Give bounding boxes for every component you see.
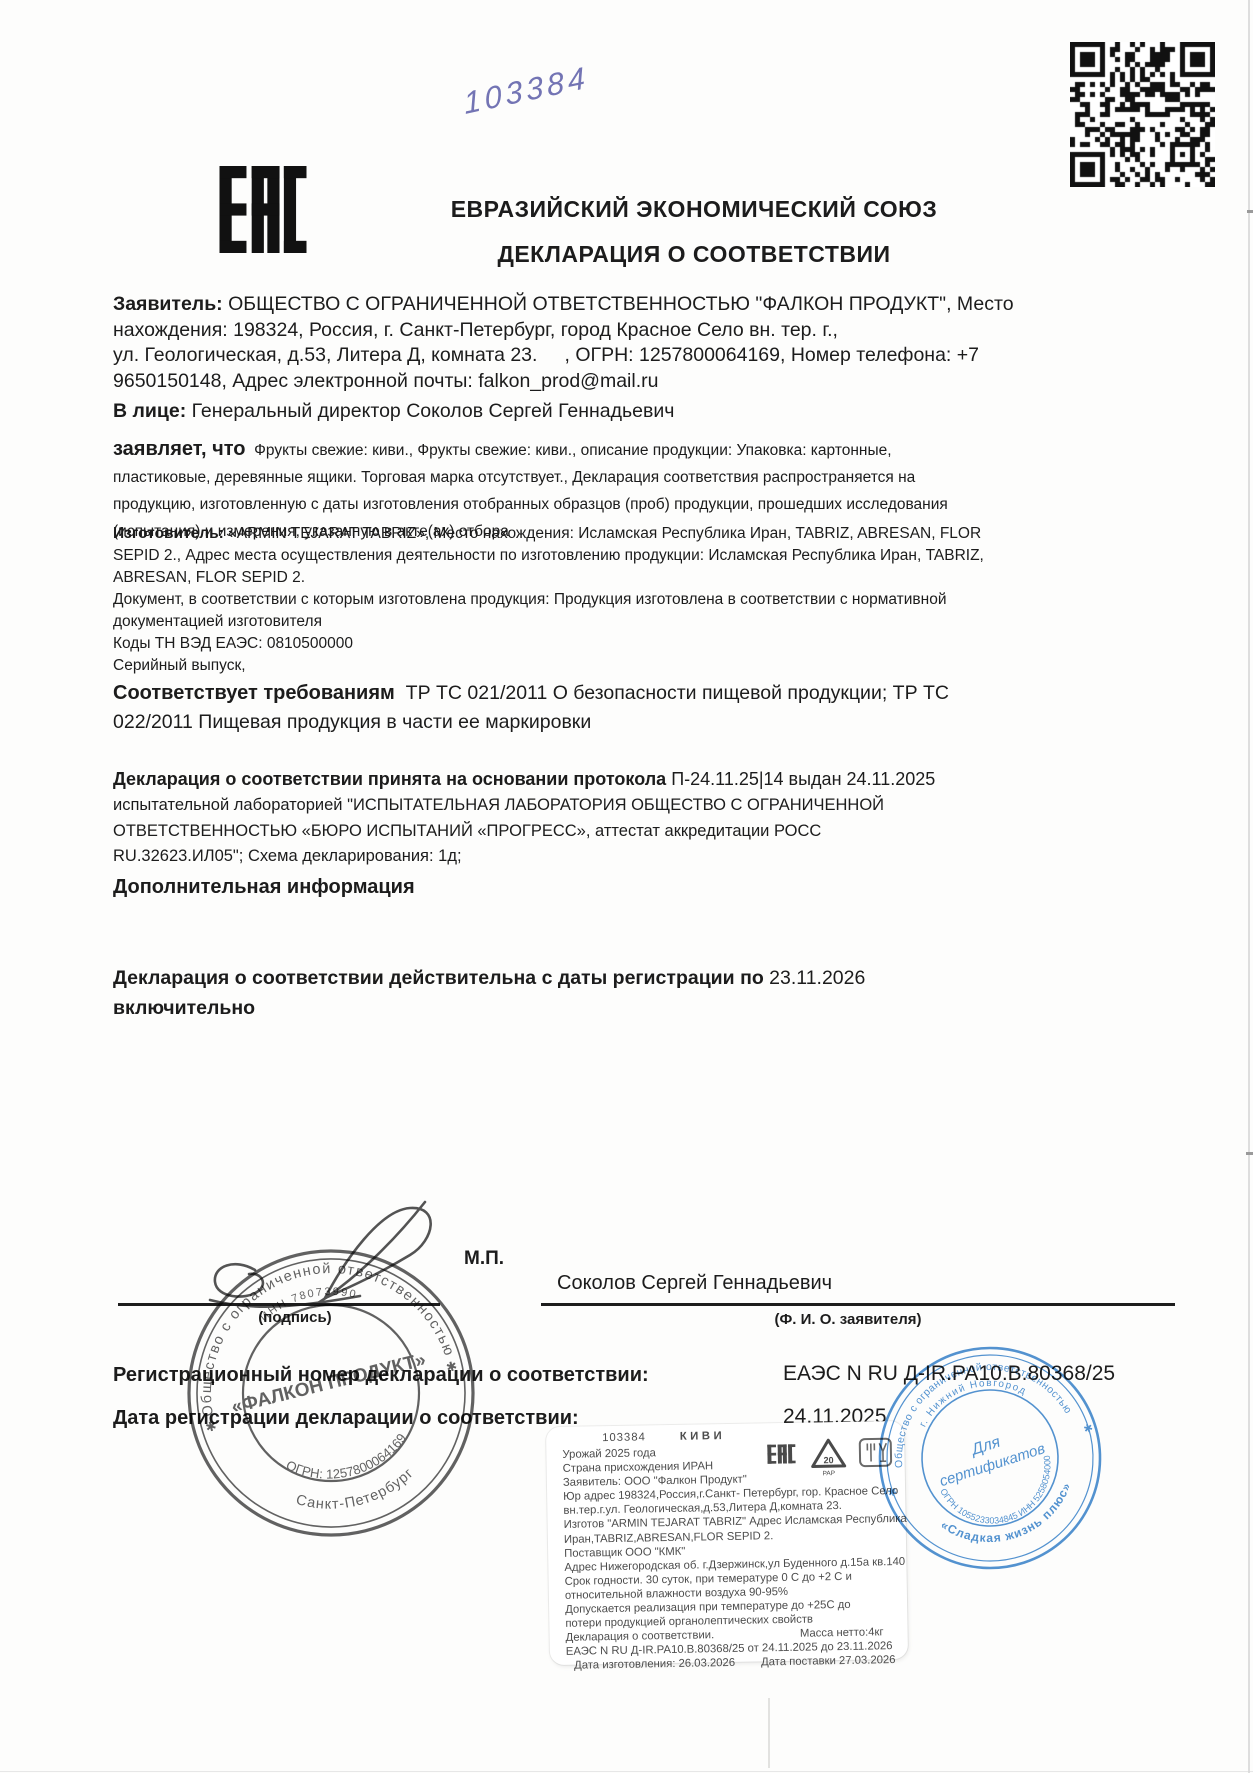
applicant-line: 9650150148, Адрес электронной почты: fal… (113, 369, 1014, 395)
manufacturer-paragraph: Изготовитель: «ARMIN TEJARAT TABRIZ», Ме… (113, 523, 984, 677)
svg-text:20: 20 (823, 1455, 833, 1465)
fio-caption: (Ф. И. О. заявителя) (628, 1311, 1068, 1328)
product-label-sticker: 103384 КИВИ Урожай 2025 года Страна прис… (546, 1421, 908, 1665)
applicant-label: Заявитель: (113, 293, 223, 315)
scan-edge-bottom (0, 1771, 1253, 1772)
declares-line: продукцию, изготовленную с даты изготовл… (113, 491, 948, 518)
eac-mark-icon (760, 1440, 802, 1469)
applicant-line: ОБЩЕСТВО С ОГРАНИЧЕННОЙ ОТВЕТСТВЕННОСТЬЮ… (223, 293, 1014, 315)
validity-suffix: включительно (113, 993, 865, 1023)
signer-name: Соколов Сергей Геннадьевич (557, 1272, 832, 1295)
applicant-line: ул. Геологическая, д.53, Литера Д, комна… (113, 343, 1014, 369)
handwritten-number: 103384 (462, 60, 590, 122)
declares-line: пластиковые, деревянные ящики. Торговая … (113, 464, 948, 491)
validity-date: 23.11.2026 (764, 967, 866, 989)
in-person-row: В лице: Генеральный директор Соколов Сер… (113, 399, 674, 425)
scan-edge-right (1248, 0, 1250, 1773)
declares-label: заявляет, что (113, 438, 246, 460)
in-person-label: В лице: (113, 400, 186, 422)
page-subtitle: ДЕКЛАРАЦИЯ О СООТВЕТСТВИИ (414, 241, 974, 268)
protocol-paragraph: Декларация о соответствии принята на осн… (113, 766, 935, 870)
label-supply-date: Дата поставки 27.03.2026 (761, 1653, 896, 1669)
complies-label: Соответствует требованиям (113, 682, 395, 704)
tnved-code-line: Коды ТН ВЭД ЕАЭС: 0810500000 (113, 633, 984, 655)
document-basis-line: документацией изготовителя (113, 611, 984, 633)
declares-line: Фрукты свежие: киви., Фрукты свежие: кив… (246, 442, 892, 459)
applicant-line: нахождения: 198324, Россия, г. Санкт-Пет… (113, 318, 1014, 344)
label-code: 103384 (602, 1430, 646, 1447)
complies-paragraph: Соответствует требованиям ТР ТС 021/2011… (113, 679, 949, 737)
scan-crease (768, 1698, 770, 1768)
scan-artifact (1247, 210, 1253, 213)
protocol-line: испытательной лабораторией "ИСПЫТАТЕЛЬНА… (113, 793, 935, 819)
protocol-line: ОТВЕТСТВЕННОСТЬЮ «БЮРО ИСПЫТАНИЙ «ПРОГРЕ… (113, 819, 935, 845)
eac-logo-icon (219, 166, 307, 253)
scanned-declaration-page: 103384 ЕВРАЗИЙСКИЙ ЭКОНОМИЧЕСКИЙ СОЮЗ ДЕ… (0, 0, 1253, 1773)
label-product-name: КИВИ (680, 1429, 726, 1446)
complies-line: ТР ТС 021/2011 О безопасности пищевой пр… (395, 682, 949, 704)
stamp-star-icon: ✱ (445, 1358, 459, 1375)
manufacturer-line: ABRESAN, FLOR SEPID 2. (113, 567, 984, 589)
company-stamp-black: Общество с ограниченной ответственностью… (183, 1245, 479, 1541)
in-person-text: Генеральный директор Соколов Сергей Генн… (186, 400, 674, 422)
serial-line: Серийный выпуск, (113, 655, 984, 677)
certificate-stamp-blue: Общество с ограниченной ответственностью… (870, 1338, 1110, 1578)
stamp-center-name: «ФАЛКОН ПРОДУКТ» (229, 1349, 428, 1418)
complies-line: 022/2011 Пищевая продукция в части ее ма… (113, 708, 949, 737)
validity-paragraph: Декларация о соответствии действительна … (113, 963, 865, 1023)
signature-line-right (541, 1303, 1175, 1306)
validity-label: Декларация о соответствии действительна … (113, 967, 764, 989)
page-title: ЕВРАЗИЙСКИЙ ЭКОНОМИЧЕСКИЙ СОЮЗ (414, 196, 974, 223)
manufacturer-line: «ARMIN TEJARAT TABRIZ», Место нахождения… (224, 525, 981, 542)
recycle-pap-icon: 20 PAP (808, 1436, 849, 1477)
protocol-label: Декларация о соответствии принята на осн… (113, 769, 666, 789)
svg-text:PAP: PAP (822, 1470, 835, 1476)
stamp-star-icon: ✱ (1082, 1422, 1094, 1436)
document-basis-line: Документ, в соответствии с которым изгот… (113, 589, 984, 611)
label-net-mass: Масса нетто:4кг (800, 1626, 884, 1642)
protocol-value: П-24.11.25|14 выдан 24.11.2025 (666, 769, 935, 789)
stamp-star-icon: ✱ (204, 1418, 218, 1435)
qr-code (1070, 42, 1215, 187)
label-made-date: Дата изготовления: 26.03.2026 (574, 1656, 735, 1673)
scan-artifact (1246, 1152, 1253, 1155)
manufacturer-line: SEPID 2., Адрес места осуществления деят… (113, 545, 984, 567)
applicant-paragraph: Заявитель: ОБЩЕСТВО С ОГРАНИЧЕННОЙ ОТВЕТ… (113, 292, 1014, 394)
manufacturer-label: Изготовитель: (113, 525, 224, 542)
additional-info-heading: Дополнительная информация (113, 876, 415, 899)
protocol-line: RU.32623.ИЛ05"; Схема декларирования: 1д… (113, 844, 935, 870)
